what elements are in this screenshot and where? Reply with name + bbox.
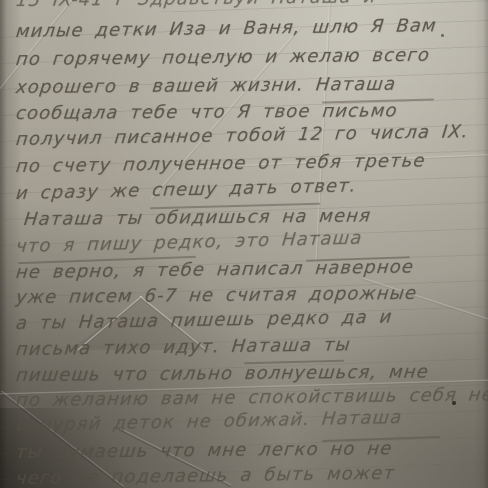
handwritten-line: чего не поделаешь а быть может <box>15 463 396 488</box>
handwritten-line: 15 IX-41 г Здравствуй Наташа и <box>15 0 378 11</box>
handwritten-line: пишешь что сильно волнуешься, мне <box>15 361 430 386</box>
letter-body: 15 IX-41 г Здравствуй Наташа и милые дет… <box>0 0 488 488</box>
letter-photo: 15 IX-41 г Здравствуй Наташа и милые дет… <box>0 0 488 488</box>
handwritten-line: Наташа ты обидишься на меня <box>23 205 372 230</box>
handwritten-line: что я пишу редко, это Наташа <box>15 228 363 257</box>
handwritten-line: и сразу же спешу дать ответ. <box>15 175 358 204</box>
handwritten-line: сообщала тебе что Я твое письмо <box>15 100 399 124</box>
handwritten-line: по желанию вам не спокойствишь себя не <box>15 384 488 411</box>
handwritten-line: ты думаешь что мне легко но не <box>15 438 394 463</box>
handwritten-line: изнуряй деток не обижай. Наташа <box>15 407 403 436</box>
handwritten-line: милые детки Иза и Ваня, шлю Я Вам <box>15 15 438 42</box>
handwritten-line: по счету полученное от тебя третье <box>15 150 427 177</box>
handwritten-line: не верно, я тебе написал наверное <box>15 256 415 283</box>
handwritten-line: получил писанное тобой 12 го числа IX. <box>15 121 470 150</box>
handwritten-line: письма тихо идут. Наташа ты <box>15 334 352 360</box>
handwritten-line: по горячему поцелую и желаю всего <box>15 45 431 70</box>
handwritten-line: хорошего в вашей жизни. Наташа <box>15 74 398 98</box>
handwritten-line: уже писем 6-7 не считая дорожные <box>15 283 419 308</box>
handwritten-line: а ты Наташа пишешь редко да и <box>15 306 394 334</box>
